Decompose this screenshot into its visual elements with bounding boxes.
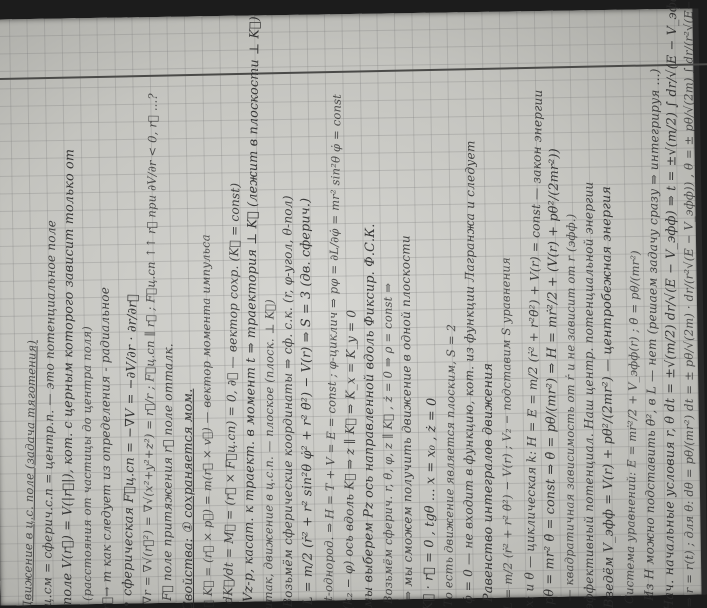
handwritten-line: r⃗→ m как следует из определения - радиа…	[98, 287, 114, 608]
handwritten-line: Возьмём сферич. r, θ, φ, z ∥ K⃗ , ż = 0 …	[381, 283, 395, 604]
handwritten-line: L = m/2 (ṙ² + r² sin²θ φ̇² + r² θ̇²) − V…	[297, 198, 315, 605]
handwritten-line: То есть движение является плоским, S = 2	[441, 324, 458, 607]
handwritten-line: Равенство интегралов движения	[480, 363, 495, 602]
handwritten-line: эффективный потенциал. Наш центр. потенц…	[581, 182, 595, 608]
handwritten-line: Из H можно подставить θ̇², в L — нет (ре…	[642, 68, 662, 601]
handwritten-line: поле V(r⃗) = V(|r⃗|), кот. с церным кото…	[59, 149, 76, 605]
handwritten-line: итак, движение в ц.с.п. — плоское (плоск…	[261, 299, 277, 608]
handwritten-line: Свойства: ① сохраняется мом.	[179, 389, 194, 608]
handwritten-line: ② K⃗ = (r⃗ × p⃗) = m(r⃗ × v⃗) — вектор м…	[198, 234, 215, 607]
handwritten-line: F⃗ поле притяжения r⃗ поле отталк.	[160, 343, 175, 601]
handwritten-text: Движение в ц.с. поле (задача тяготения)ц…	[0, 0, 707, 608]
handwritten-line: dK⃗/dt = M⃗ = (r⃗ × F⃗ц.сп) = 0, ∂⃗ — ве…	[221, 183, 242, 604]
handwritten-line: (расстояния от частицы до центра поля)	[80, 326, 94, 601]
handwritten-line: — квадратичная зависимость от ṙ и не зав…	[562, 214, 578, 601]
handwritten-line: pθ = mr² θ̇ = const ⇒ θ̇ = pθ/(mr²) ⇒ H …	[541, 148, 561, 605]
handwritten-line: • сферическая F⃗ц.сп = −∇V = −∂V/∂r · ∂r…	[119, 294, 139, 608]
handwritten-line: мы выберем Рz ось направленной вдоль Фик…	[360, 223, 377, 608]
handwritten-line: ∇r = ∇√(r⃗²) = ∇√(x²+y²+z²) = r⃗/r ; F⃗ц…	[140, 93, 160, 604]
handwritten-line: t-однород. ⇒ H = T + V = E = const ; φ-ц…	[321, 94, 344, 601]
handwritten-line: Vz-p, касат. к траект. в момент t ⇒ трае…	[240, 16, 262, 602]
handwritten-line: K⃗ · r⃗ = 0 , tgθ ... x = x₀ , ż = 0	[420, 398, 439, 608]
handwritten-line: Возьмём сферические координаты ⇒ сф. с.к…	[280, 195, 294, 607]
handwritten-line: Движение в ц.с. поле (задача тяготения)	[20, 340, 39, 608]
handwritten-line: Введём V_эфф = V(r) + pθ²/(2mr²) — центр…	[598, 186, 616, 608]
handwritten-line: ⇒ мы сможем получить движение в одной пл…	[399, 235, 416, 601]
handwritten-line: Система уравнений: E = mṙ²/2 + V_эфф(r) …	[622, 250, 642, 604]
handwritten-line: ц.см = сферич.с.п = центр.п. — это потен…	[40, 220, 58, 607]
handwritten-line: L = m/2 (ṙ² + r² θ̇²) − V(r) ; V₂ − подс…	[499, 257, 515, 608]
handwritten-line: ⇒ r = r(t) ; для θ: dθ = pθ/(mr²) dt = ±…	[681, 0, 696, 607]
handwritten-line: (k₂ − φ) ось вдоль K⃗ ⇒ z ∥ K⃗ ⇒ K_x = K…	[341, 310, 358, 608]
handwritten-line: φ̇ = 0 — не входит в функцию, кот. из фу…	[461, 140, 477, 604]
handwritten-line: Нач. начальные условия r, θ dt = ±√(m/2)…	[661, 0, 680, 608]
notebook-photo: Движение в ц.с. поле (задача тяготения)ц…	[0, 0, 707, 608]
